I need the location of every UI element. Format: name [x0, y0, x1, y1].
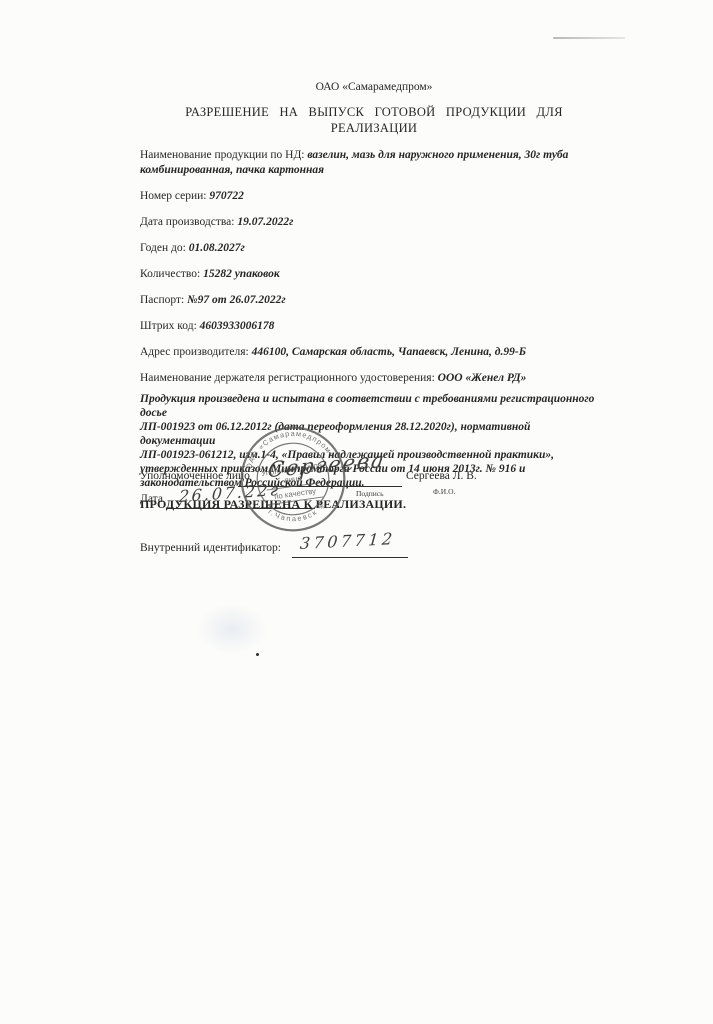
- authorized-person-label: Уполномоченное лицо: [140, 470, 250, 482]
- field-value: 4603933006178: [200, 320, 275, 332]
- stamp-center-line2: лицо: [284, 474, 303, 485]
- field-label: Штрих код:: [140, 320, 197, 332]
- document-title: РАЗРЕШЕНИЕ НА ВЫПУСК ГОТОВОЙ ПРОДУКЦИИ Д…: [140, 104, 608, 136]
- field-label: Паспорт:: [140, 294, 184, 306]
- company-name: ОАО «Самарамедпром»: [140, 80, 608, 95]
- stamp-graphic: ОАО «Самарамедпром» г.Чапаевск ✳ Уполном…: [229, 417, 357, 542]
- field-label: Адрес производителя:: [140, 346, 249, 358]
- field-label: Наименование держателя регистрационного …: [140, 372, 435, 384]
- field-value: 01.08.2027г: [189, 242, 245, 254]
- field-value: 970722: [209, 190, 244, 202]
- scan-artifact-line: [553, 37, 625, 39]
- field-label: Количество:: [140, 268, 200, 280]
- field-barcode: Штрих код: 4603933006178: [140, 319, 608, 334]
- field-label: Дата производства:: [140, 216, 234, 228]
- compliance-line: Продукция произведена и испытана в соотв…: [140, 392, 608, 420]
- field-product-name: Наименование продукции по НД: вазелин, м…: [140, 148, 598, 178]
- scan-artifact-speck: [256, 653, 259, 656]
- stamp-ring-top-text: ОАО «Самарамедпром»: [240, 423, 338, 472]
- name-caption: Ф.И.О.: [433, 487, 455, 496]
- field-label: Годен до:: [140, 242, 186, 254]
- field-registration-holder: Наименование держателя регистрационного …: [140, 371, 608, 386]
- compliance-line: ЛП-001923 от 06.12.2012г (дата переоформ…: [140, 420, 608, 448]
- round-stamp: ОАО «Самарамедпром» г.Чапаевск ✳ Уполном…: [229, 417, 357, 542]
- document-body: ОАО «Самарамедпром» РАЗРЕШЕНИЕ НА ВЫПУСК…: [140, 80, 608, 512]
- field-manufacturer-address: Адрес производителя: 446100, Самарская о…: [140, 345, 608, 360]
- field-value: 19.07.2022г: [237, 216, 293, 228]
- field-label: Номер серии:: [140, 190, 206, 202]
- field-value: №97 от 26.07.2022г: [187, 294, 285, 306]
- field-quantity: Количество: 15282 упаковок: [140, 267, 608, 282]
- field-value: 15282 упаковок: [203, 268, 280, 280]
- scan-artifact-smudge: [196, 604, 268, 654]
- field-production-date: Дата производства: 19.07.2022г: [140, 215, 608, 230]
- field-value: 446100, Самарская область, Чапаевск, Лен…: [252, 346, 526, 358]
- field-series-number: Номер серии: 970722: [140, 189, 608, 204]
- internal-id-label: Внутренний идентификатор:: [140, 542, 281, 554]
- date-label: Дата: [140, 493, 163, 505]
- field-expiry-date: Годен до: 01.08.2027г: [140, 241, 608, 256]
- field-label: Наименование продукции по НД:: [140, 149, 305, 161]
- signature-caption: Подпись: [356, 489, 384, 498]
- scanned-document-page: { "header": { "company": "ОАО «Самарамед…: [0, 0, 713, 1024]
- field-value: ООО «Женел РД»: [438, 372, 527, 384]
- field-passport: Паспорт: №97 от 26.07.2022г: [140, 293, 608, 308]
- signer-name: Сергеева Л. В.: [406, 470, 477, 482]
